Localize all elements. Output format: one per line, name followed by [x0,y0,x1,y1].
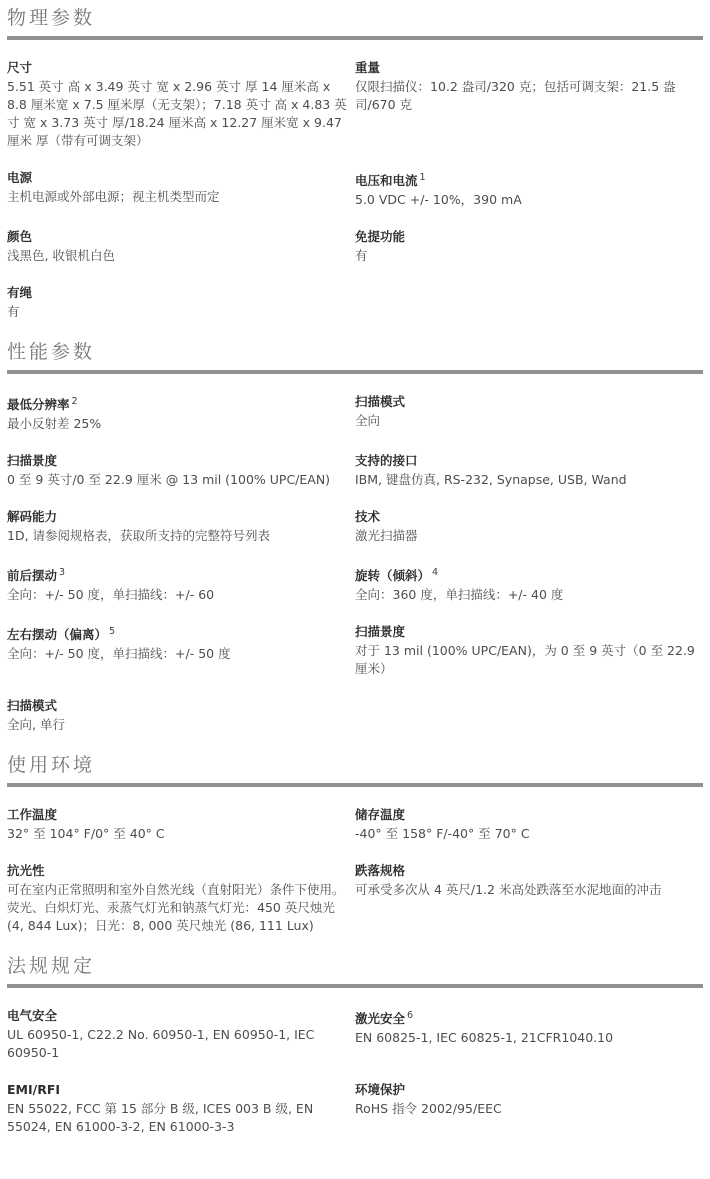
spec-row: 工作温度 32° 至 104° F/0° 至 40° C 储存温度 -40° 至… [7,806,703,843]
section-title-environment: 使用环境 [7,753,703,778]
spec-label: 电源 [7,169,355,186]
spec-label-text: 旋转（倾斜） [355,568,430,583]
spec-scan-pattern: 扫描模式 全向 [355,393,703,433]
spec-label: 跌落规格 [355,862,703,879]
spec-label-text: 电源 [7,170,32,185]
spec-environmental-protection: 环境保护 RoHS 指令 2002/95/EEC [355,1081,703,1136]
spec-value: 1D, 请参阅规格表，获取所支持的完整符号列表 [7,527,349,545]
section-body: 最低分辨率2 最小反射差 25% 扫描模式 全向 扫描景度 0 至 9 英寸/0… [7,374,703,734]
spec-label-text: 抗光性 [7,863,45,878]
spec-label: 有绳 [7,284,355,301]
spec-label-text: 扫描景度 [355,624,405,639]
spec-label: EMI/RFI [7,1081,355,1098]
spec-cell-empty [355,284,703,321]
spec-value: EN 60825-1, IEC 60825-1, 21CFR1040.10 [355,1029,697,1047]
spec-value: RoHS 指令 2002/95/EEC [355,1100,697,1118]
spec-value: 仅限扫描仪：10.2 盎司/320 克；包括可调支架：21.5 盎司/670 克 [355,78,697,114]
spec-value: 全向 [355,412,697,430]
section-body: 尺寸 5.51 英寸 高 x 3.49 英寸 宽 x 2.96 英寸 厚 14 … [7,40,703,321]
spec-row: 电气安全 UL 60950-1, C22.2 No. 60950-1, EN 6… [7,1007,703,1062]
section-regulatory: 法规规定 电气安全 UL 60950-1, C22.2 No. 60950-1,… [7,954,703,1136]
spec-label: 免提功能 [355,228,703,245]
spec-value: -40° 至 158° F/-40° 至 70° C [355,825,697,843]
spec-label: 旋转（倾斜）4 [355,564,703,584]
spec-value: 全向：+/- 50 度，单扫描线：+/- 60 [7,586,349,604]
spec-value: 5.0 VDC +/- 10%，390 mA [355,191,697,209]
spec-value: 激光扫描器 [355,527,697,545]
spec-label-text: 电压和电流 [355,173,418,188]
spec-value: EN 55022, FCC 第 15 部分 B 级, ICES 003 B 级,… [7,1100,349,1136]
spec-value: 有 [355,247,697,265]
spec-row: 颜色 浅黑色, 收银机白色 免提功能 有 [7,228,703,265]
spec-dimensions: 尺寸 5.51 英寸 高 x 3.49 英寸 宽 x 2.96 英寸 厚 14 … [7,59,355,150]
spec-pitch: 前后摆动3 全向：+/- 50 度，单扫描线：+/- 60 [7,564,355,604]
footnote-superscript: 3 [59,567,65,578]
section-user-environment: 使用环境 工作温度 32° 至 104° F/0° 至 40° C 储存温度 -… [7,753,703,935]
footnote-superscript: 1 [420,172,426,183]
spec-row: 有绳 有 [7,284,703,321]
spec-cell-empty [355,697,703,734]
spec-label: 颜色 [7,228,355,245]
footnote-superscript: 4 [432,567,438,578]
spec-label-text: 支持的接口 [355,453,418,468]
spec-value: 5.51 英寸 高 x 3.49 英寸 宽 x 2.96 英寸 厚 14 厘米高… [7,78,349,150]
spec-power: 电源 主机电源或外部电源；视主机类型而定 [7,169,355,209]
spec-value: 全向：360 度，单扫描线：+/- 40 度 [355,586,697,604]
spec-drop-specification: 跌落规格 可承受多次从 4 英尺/1.2 米高处跌落至水泥地面的冲击 [355,862,703,935]
spec-storage-temperature: 储存温度 -40° 至 158° F/-40° 至 70° C [355,806,703,843]
spec-value: 可在室内正常照明和室外自然光线（直射阳光）条件下使用。荧光、白炽灯光、汞蒸气灯光… [7,881,349,935]
spec-label-text: 解码能力 [7,509,57,524]
spec-hands-free: 免提功能 有 [355,228,703,265]
spec-scan-range: 扫描景度 0 至 9 英寸/0 至 22.9 厘米 @ 13 mil (100%… [7,452,355,489]
spec-label: 扫描模式 [7,697,355,714]
footnote-superscript: 2 [72,396,78,407]
spec-label-text: 前后摆动 [7,568,57,583]
spec-technology: 技术 激光扫描器 [355,508,703,545]
spec-label-text: 技术 [355,509,380,524]
spec-row: 抗光性 可在室内正常照明和室外自然光线（直射阳光）条件下使用。荧光、白炽灯光、汞… [7,862,703,935]
spec-label: 激光安全6 [355,1007,703,1027]
spec-weight: 重量 仅限扫描仪：10.2 盎司/320 克；包括可调支架：21.5 盎司/67… [355,59,703,150]
spec-emi-rfi: EMI/RFI EN 55022, FCC 第 15 部分 B 级, ICES … [7,1081,355,1136]
spec-row: 左右摆动（偏离）5 全向：+/- 50 度，单扫描线：+/- 50 度 扫描景度… [7,623,703,678]
section-body: 工作温度 32° 至 104° F/0° 至 40° C 储存温度 -40° 至… [7,787,703,935]
spec-row: 前后摆动3 全向：+/- 50 度，单扫描线：+/- 60 旋转（倾斜）4 全向… [7,564,703,604]
spec-label-text: 储存温度 [355,807,405,822]
spec-label: 扫描模式 [355,393,703,410]
section-physical-parameters: 物理参数 尺寸 5.51 英寸 高 x 3.49 英寸 宽 x 2.96 英寸 … [7,6,703,321]
spec-label-text: 电气安全 [7,1008,57,1023]
spec-yaw: 左右摆动（偏离）5 全向：+/- 50 度，单扫描线：+/- 50 度 [7,623,355,678]
spec-label: 环境保护 [355,1081,703,1098]
spec-value: 0 至 9 英寸/0 至 22.9 厘米 @ 13 mil (100% UPC/… [7,471,349,489]
spec-label: 尺寸 [7,59,355,76]
spec-label-text: 重量 [355,60,380,75]
spec-rotation-skew: 旋转（倾斜）4 全向：360 度，单扫描线：+/- 40 度 [355,564,703,604]
spec-label-text: 跌落规格 [355,863,405,878]
spec-value: 全向, 单行 [7,716,349,734]
footnote-superscript: 6 [407,1010,413,1021]
spec-row: 扫描模式 全向, 单行 [7,697,703,734]
spec-value: 全向：+/- 50 度，单扫描线：+/- 50 度 [7,645,349,663]
spec-value: 可承受多次从 4 英尺/1.2 米高处跌落至水泥地面的冲击 [355,881,697,899]
spec-scan-range-2: 扫描景度 对于 13 mil (100% UPC/EAN)，为 0 至 9 英寸… [355,623,703,678]
spec-min-resolution: 最低分辨率2 最小反射差 25% [7,393,355,433]
section-title-performance: 性能参数 [7,340,703,365]
spec-operating-temperature: 工作温度 32° 至 104° F/0° 至 40° C [7,806,355,843]
spec-label: 工作温度 [7,806,355,823]
spec-label: 电压和电流1 [355,169,703,189]
spec-label-text: 有绳 [7,285,32,300]
spec-label: 技术 [355,508,703,525]
spec-label-text: 左右摆动（偏离） [7,627,107,642]
spec-label: 解码能力 [7,508,355,525]
spec-label: 抗光性 [7,862,355,879]
section-performance-parameters: 性能参数 最低分辨率2 最小反射差 25% 扫描模式 全向 扫描景度 0 至 9… [7,340,703,734]
footnote-superscript: 5 [109,626,115,637]
spec-row: 扫描景度 0 至 9 英寸/0 至 22.9 厘米 @ 13 mil (100%… [7,452,703,489]
spec-label: 储存温度 [355,806,703,823]
spec-light-immunity: 抗光性 可在室内正常照明和室外自然光线（直射阳光）条件下使用。荧光、白炽灯光、汞… [7,862,355,935]
spec-value: 32° 至 104° F/0° 至 40° C [7,825,349,843]
spec-label: 电气安全 [7,1007,355,1024]
spec-value: 对于 13 mil (100% UPC/EAN)，为 0 至 9 英寸（0 至 … [355,642,697,678]
spec-decode-capability: 解码能力 1D, 请参阅规格表，获取所支持的完整符号列表 [7,508,355,545]
spec-value: 浅黑色, 收银机白色 [7,247,349,265]
spec-label-text: 扫描模式 [355,394,405,409]
spec-label: 前后摆动3 [7,564,355,584]
spec-label-text: 工作温度 [7,807,57,822]
spec-value: IBM, 键盘仿真, RS-232, Synapse, USB, Wand [355,471,697,489]
section-title-regulatory: 法规规定 [7,954,703,979]
spec-label-text: 扫描景度 [7,453,57,468]
spec-voltage-current: 电压和电流1 5.0 VDC +/- 10%，390 mA [355,169,703,209]
spec-row: 最低分辨率2 最小反射差 25% 扫描模式 全向 [7,393,703,433]
spec-label-text: 免提功能 [355,229,405,244]
spec-label: 左右摆动（偏离）5 [7,623,355,643]
spec-label-text: 激光安全 [355,1011,405,1026]
spec-interfaces-supported: 支持的接口 IBM, 键盘仿真, RS-232, Synapse, USB, W… [355,452,703,489]
spec-label-text: 尺寸 [7,60,32,75]
spec-laser-safety: 激光安全6 EN 60825-1, IEC 60825-1, 21CFR1040… [355,1007,703,1062]
spec-electrical-safety: 电气安全 UL 60950-1, C22.2 No. 60950-1, EN 6… [7,1007,355,1062]
spec-corded: 有绳 有 [7,284,355,321]
spec-row: 尺寸 5.51 英寸 高 x 3.49 英寸 宽 x 2.96 英寸 厚 14 … [7,59,703,150]
spec-label: 重量 [355,59,703,76]
spec-label-text: 颜色 [7,229,32,244]
spec-color: 颜色 浅黑色, 收银机白色 [7,228,355,265]
spec-value: UL 60950-1, C22.2 No. 60950-1, EN 60950-… [7,1026,349,1062]
spec-label-text: 最低分辨率 [7,397,70,412]
spec-value: 有 [7,303,349,321]
spec-row: EMI/RFI EN 55022, FCC 第 15 部分 B 级, ICES … [7,1081,703,1136]
spec-label: 最低分辨率2 [7,393,355,413]
spec-row: 电源 主机电源或外部电源；视主机类型而定 电压和电流1 5.0 VDC +/- … [7,169,703,209]
section-body: 电气安全 UL 60950-1, C22.2 No. 60950-1, EN 6… [7,988,703,1136]
spec-label: 扫描景度 [7,452,355,469]
spec-sheet-page: 物理参数 尺寸 5.51 英寸 高 x 3.49 英寸 宽 x 2.96 英寸 … [0,0,710,1179]
spec-value: 最小反射差 25% [7,415,349,433]
spec-label: 支持的接口 [355,452,703,469]
section-title-physical: 物理参数 [7,6,703,31]
spec-label-text: 环境保护 [355,1082,405,1097]
spec-scan-pattern-2: 扫描模式 全向, 单行 [7,697,355,734]
spec-row: 解码能力 1D, 请参阅规格表，获取所支持的完整符号列表 技术 激光扫描器 [7,508,703,545]
spec-value: 主机电源或外部电源；视主机类型而定 [7,188,349,206]
spec-label-text: EMI/RFI [7,1082,60,1097]
spec-label: 扫描景度 [355,623,703,640]
spec-label-text: 扫描模式 [7,698,57,713]
